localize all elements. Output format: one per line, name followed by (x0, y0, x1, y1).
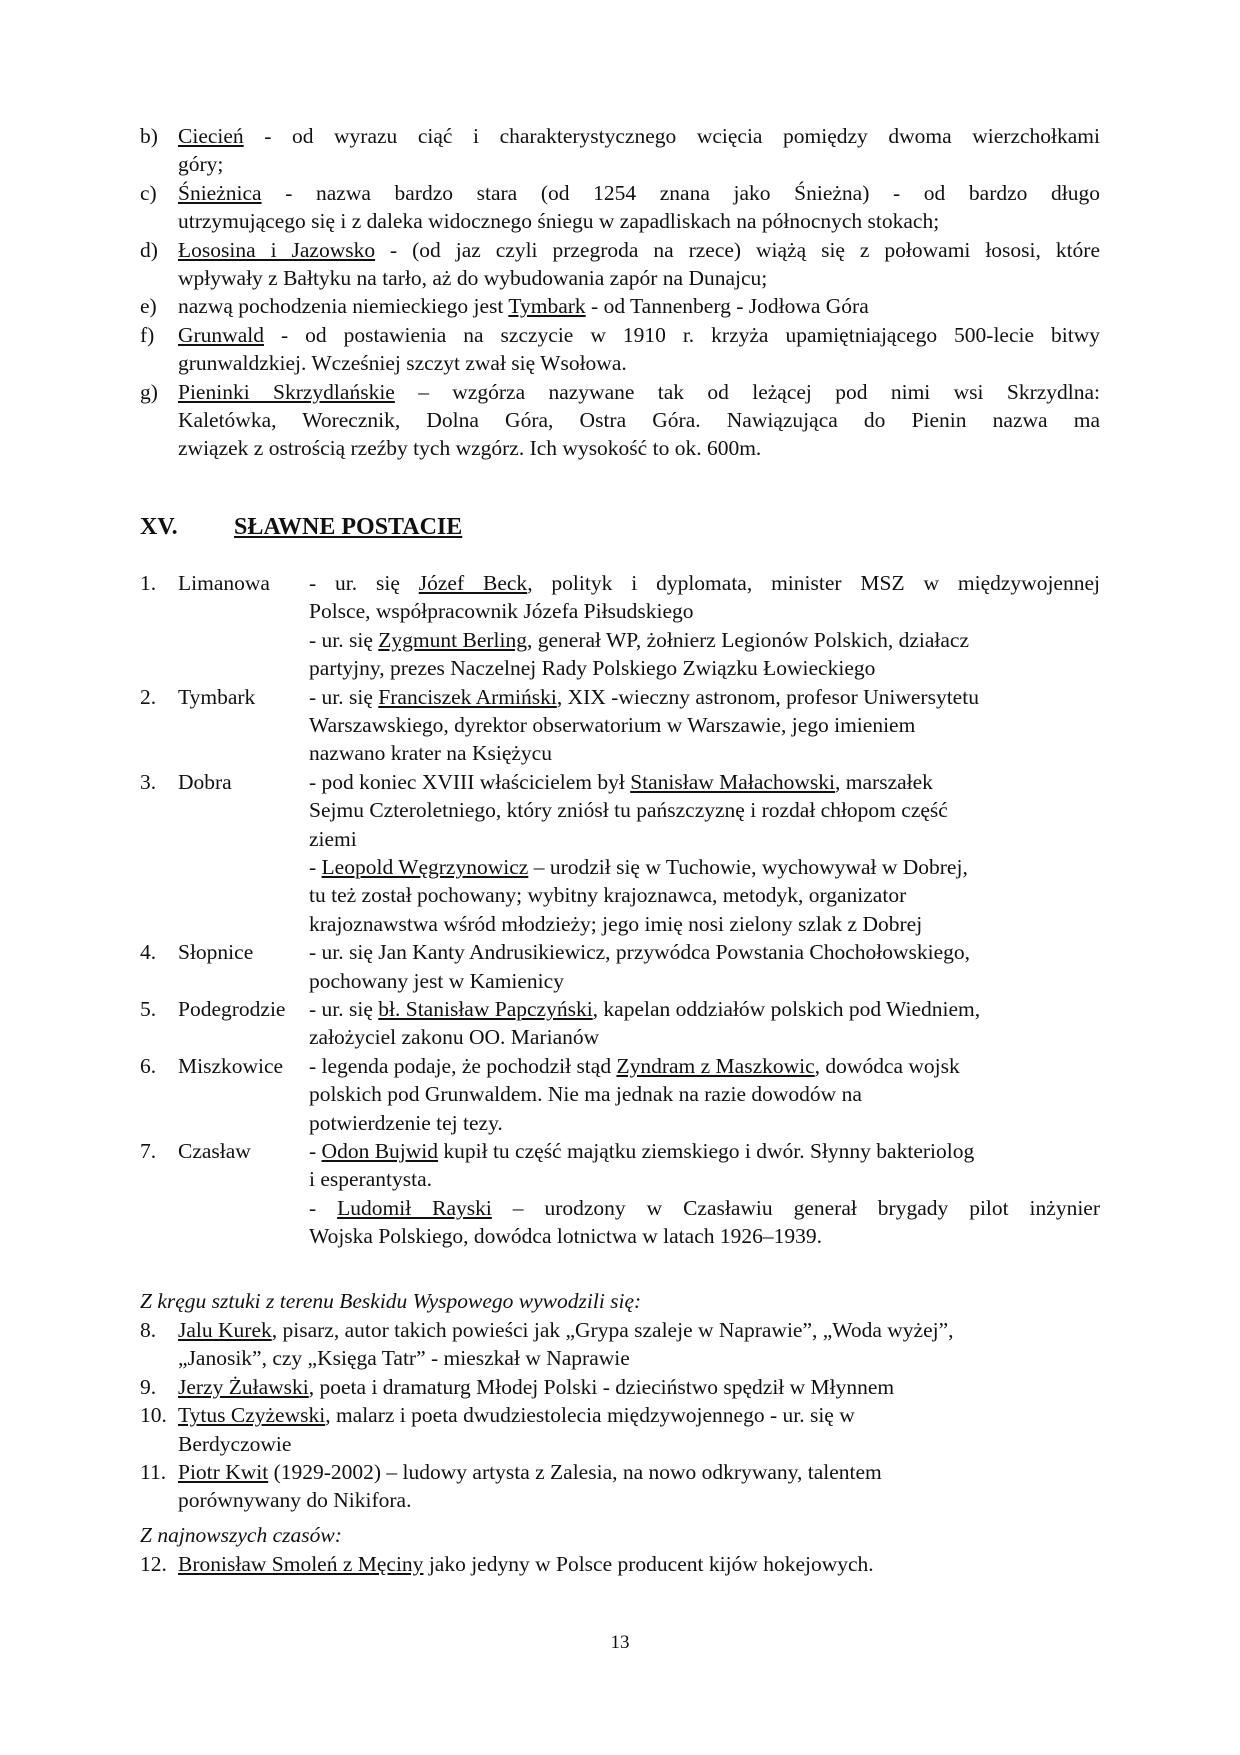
underlined-name: Pieninki Skrzydlańskie (178, 380, 395, 404)
list-marker: e) (140, 292, 157, 320)
list-item-line: Ciecień - od wyrazu ciąć i charakterysty… (178, 122, 1100, 150)
list-marker: g) (140, 378, 158, 406)
person-description-line: Wojska Polskiego, dowódca lotnictwa w la… (309, 1222, 822, 1250)
person-description-line: - legenda podaje, że pochodził stąd Zynd… (309, 1052, 960, 1080)
section-title: SŁAWNE POSTACIE (234, 512, 462, 542)
person-number: 11. (140, 1458, 166, 1486)
person-description-line: krajoznawstwa wśród młodzieży; jego imię… (309, 910, 922, 938)
page-number: 13 (0, 1632, 1240, 1654)
underlined-name: Jalu Kurek (178, 1318, 272, 1342)
person-description-line: - Ludomił Rayski – urodzony w Czasławiu … (309, 1194, 1100, 1222)
person-description-line: - ur. się Jan Kanty Andrusikiewicz, przy… (309, 938, 970, 966)
underlined-name: Leopold Węgrzynowicz (322, 855, 529, 879)
person-description-line: polskich pod Grunwaldem. Nie ma jednak n… (309, 1080, 862, 1108)
section-number: XV. (140, 512, 178, 542)
underlined-name: Piotr Kwit (178, 1460, 268, 1484)
list-item-line: góry; (178, 150, 223, 178)
list-item-line: Grunwald - od postawienia na szczycie w … (178, 321, 1100, 349)
person-description-line: potwierdzenie tej tezy. (309, 1109, 503, 1137)
list-marker: b) (140, 122, 158, 150)
person-description-line: - Odon Bujwid kupił tu część majątku zie… (309, 1137, 974, 1165)
person-description-line: - ur. się Zygmunt Berling, generał WP, ż… (309, 626, 969, 654)
place-name: Miszkowice (178, 1052, 283, 1080)
person-description-line: tu też został pochowany; wybitny krajozn… (309, 881, 906, 909)
person-description-line: Jalu Kurek, pisarz, autor takich powieśc… (178, 1316, 954, 1344)
underlined-name: Grunwald (178, 323, 264, 347)
document-page: b)Ciecień - od wyrazu ciąć i charakterys… (0, 0, 1240, 1755)
underlined-name: Stanisław Małachowski (630, 770, 835, 794)
person-description-line: - pod koniec XVIII właścicielem był Stan… (309, 768, 933, 796)
list-item-line: nazwą pochodzenia niemieckiego jest Tymb… (178, 292, 869, 320)
person-number: 2. (140, 683, 156, 711)
person-description-line: Bronisław Smoleń z Męciny jako jedyny w … (178, 1550, 874, 1578)
underlined-name: Ludomił Rayski (337, 1196, 492, 1220)
person-description-line: Sejmu Czteroletniego, który zniósł tu pa… (309, 796, 948, 824)
person-description-line: Berdyczowie (178, 1430, 291, 1458)
place-name: Limanowa (178, 569, 270, 597)
list-item-line: Pieninki Skrzydlańskie – wzgórza nazywan… (178, 378, 1100, 406)
list-marker: d) (140, 236, 158, 264)
person-number: 3. (140, 768, 156, 796)
person-description-line: - ur. się bł. Stanisław Papczyński, kape… (309, 995, 980, 1023)
art-intro: Z kręgu sztuki z terenu Beskidu Wyspoweg… (140, 1287, 641, 1315)
person-description-line: nazwano krater na Księżycu (309, 739, 552, 767)
person-number: 5. (140, 995, 156, 1023)
person-number: 1. (140, 569, 156, 597)
person-number: 7. (140, 1137, 156, 1165)
underlined-name: Jerzy Żuławski (178, 1375, 309, 1399)
person-number: 9. (140, 1373, 156, 1401)
list-marker: c) (140, 179, 157, 207)
person-description-line: Piotr Kwit (1929-2002) – ludowy artysta … (178, 1458, 882, 1486)
underlined-name: Bronisław Smoleń z Męciny (178, 1552, 423, 1576)
person-description-line: „Janosik”, czy „Księga Tatr” - mieszkał … (178, 1344, 630, 1372)
person-description-line: i esperantysta. (309, 1165, 432, 1193)
recent-intro: Z najnowszych czasów: (140, 1521, 342, 1549)
underlined-name: Odon Bujwid (322, 1139, 438, 1163)
person-description-line: porównywany do Nikifora. (178, 1486, 411, 1514)
list-item-line: Łososina i Jazowsko - (od jaz czyli prze… (178, 236, 1100, 264)
list-item-line: grunwaldzkiej. Wcześniej szczyt zwał się… (178, 349, 627, 377)
person-number: 8. (140, 1316, 156, 1344)
person-number: 4. (140, 938, 156, 966)
list-item-line: Śnieżnica - nazwa bardzo stara (od 1254 … (178, 179, 1100, 207)
person-description-line: Warszawskiego, dyrektor obserwatorium w … (309, 711, 915, 739)
person-number: 10. (140, 1401, 167, 1429)
person-description-line: założyciel zakonu OO. Marianów (309, 1023, 599, 1051)
person-description-line: Tytus Czyżewski, malarz i poeta dwudzies… (178, 1401, 855, 1429)
underlined-name: Tymbark (508, 294, 585, 318)
underlined-name: bł. Stanisław Papczyński (378, 997, 592, 1021)
person-description-line: Jerzy Żuławski, poeta i dramaturg Młodej… (178, 1373, 894, 1401)
person-description-line: Polsce, współpracownik Józefa Piłsudskie… (309, 597, 694, 625)
place-name: Tymbark (178, 683, 255, 711)
place-name: Słopnice (178, 938, 253, 966)
underlined-name: Tytus Czyżewski (178, 1403, 325, 1427)
list-item-line: wpływały z Bałtyku na tarło, aż do wybud… (178, 264, 767, 292)
list-item-line: utrzymującego się i z daleka widocznego … (178, 207, 939, 235)
underlined-name: Józef Beck (419, 571, 527, 595)
person-description-line: pochowany jest w Kamienicy (309, 967, 564, 995)
person-description-line: partyjny, prezes Naczelnej Rady Polskieg… (309, 654, 875, 682)
list-item-line: związek z ostrością rzeźby tych wzgórz. … (178, 434, 761, 462)
list-item-line: Kaletówka, Worecznik, Dolna Góra, Ostra … (178, 406, 1100, 434)
place-name: Podegrodzie (178, 995, 285, 1023)
underlined-name: Łososina i Jazowsko (178, 238, 375, 262)
underlined-name: Zyndram z Maszkowic (616, 1054, 814, 1078)
person-description-line: - ur. się Franciszek Armiński, XIX -wiec… (309, 683, 979, 711)
place-name: Czasław (178, 1137, 251, 1165)
list-marker: f) (140, 321, 154, 349)
underlined-name: Śnieżnica (178, 181, 262, 205)
underlined-name: Zygmunt Berling (378, 628, 527, 652)
underlined-name: Ciecień (178, 124, 244, 148)
place-name: Dobra (178, 768, 232, 796)
person-number: 6. (140, 1052, 156, 1080)
person-description-line: ziemi (309, 825, 357, 853)
underlined-name: Franciszek Armiński (378, 685, 557, 709)
person-number: 12. (140, 1550, 167, 1578)
person-description-line: - ur. się Józef Beck, polityk i dyplomat… (309, 569, 1100, 597)
person-description-line: - Leopold Węgrzynowicz – urodził się w T… (309, 853, 968, 881)
